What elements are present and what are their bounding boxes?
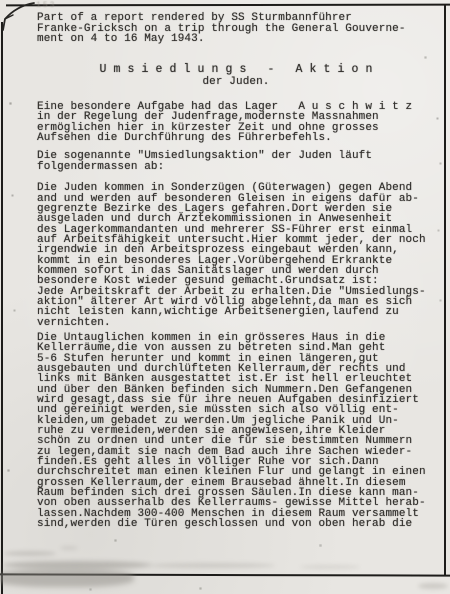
- photocopy-noise: [0, 0, 1, 1]
- photocopy-smudge: [300, 565, 360, 569]
- pencil-note: 153: [36, 1, 56, 10]
- paragraph-intro: Die sogenannte "Umsiedlungsaktion" der J…: [37, 151, 435, 172]
- photocopy-smudge: [150, 563, 275, 568]
- paragraph-arrival: Die Juden kommen in Sonderzügen (Güterwa…: [37, 183, 435, 328]
- document-title: U m s i e d l u n g s - A k t i o n: [37, 63, 435, 76]
- photocopy-smudge: [2, 561, 152, 569]
- title-block: U m s i e d l u n g s - A k t i o n der …: [37, 63, 435, 88]
- frame-border-top: [6, 4, 450, 7]
- photocopy-smudge: [60, 546, 78, 550]
- text-line: Aufsehen die Durchführung des Führerbefe…: [37, 133, 435, 143]
- paragraph-cellar: Die Untauglichen kommen in ein grösseres…: [37, 333, 435, 530]
- paragraph-auschwitz-task: Eine besondere Aufgabe had das Lager A u…: [37, 102, 435, 143]
- text-line: ausgeladen und durch Ärztekommissionen i…: [37, 214, 435, 224]
- photocopy-smudge: [4, 551, 56, 556]
- frame-border-right: [444, 4, 446, 576]
- frame-border-left: [1, 22, 3, 594]
- text-line: vernichten.: [37, 318, 435, 328]
- text-line: sind,werden die Türen geschlossen und vo…: [37, 519, 435, 529]
- document-page: 153 Part of a report rendered by SS Stur…: [0, 0, 450, 594]
- document-subtitle: der Juden.: [37, 76, 435, 88]
- photocopy-smudge: [0, 569, 134, 587]
- header-note: Part of a report rendered by SS Sturmban…: [37, 13, 435, 45]
- text-line: Die Juden kommen in Sonderzügen (Güterwa…: [37, 183, 435, 193]
- text-line: folgendermassen ab:: [37, 162, 435, 172]
- document-body: Part of a report rendered by SS Sturmban…: [37, 13, 435, 530]
- text-line: ment on 4 to 16 May 1943.: [37, 34, 435, 45]
- photocopy-smudge: [418, 583, 448, 589]
